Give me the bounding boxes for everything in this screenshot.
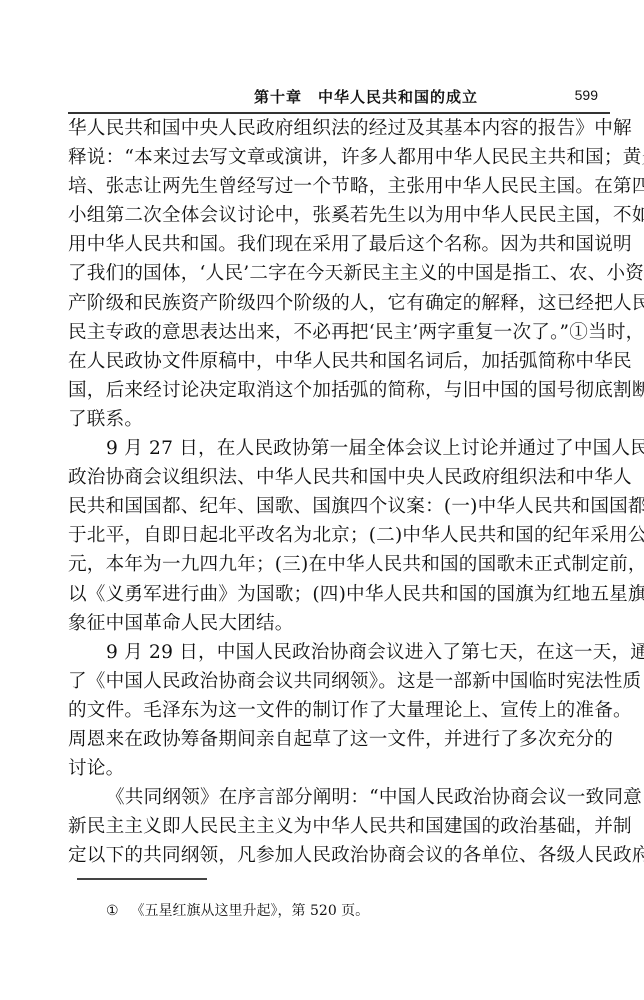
footnote: ①《五星红旗从这里升起》，第 520 页。 (106, 900, 369, 920)
text-line: 国，后来经讨论决定取消这个加括弧的简称，与旧中国的国号彻底割断 (68, 376, 604, 405)
text-line: 元，本年为一九四九年；(三)在中华人民共和国的国歌未正式制定前， (68, 550, 604, 579)
chapter-title: 第十章 中华人民共和国的成立 (254, 86, 478, 107)
text-line: 政治协商会议组织法、中华人民共和国中央人民政府组织法和中华人 (68, 463, 604, 492)
paragraph: 9 月 29 日，中国人民政治协商会议进入了第七天，在这一天，通过了《中国人民政… (68, 638, 604, 783)
text-line: 产阶级和民族资产阶级四个阶级的人，它有确定的解释，这已经把人民 (68, 289, 604, 318)
text-line: 在人民政协文件原稿中，中华人民共和国名词后，加括弧简称中华民 (68, 347, 604, 376)
text-line: 定以下的共同纲领，凡参加人民政治协商会议的各单位、各级人民政府 (68, 841, 604, 870)
text-line: 《共同纲领》在序言部分阐明：“中国人民政治协商会议一致同意以 (68, 783, 604, 812)
running-header: 第十章 中华人民共和国的成立 599 (68, 86, 608, 108)
text-line: 民主专政的意思表达出来，不必再把‘民主’两字重复一次了。”①当时， (68, 318, 604, 347)
text-line: 培、张志让两先生曾经写过一个节略，主张用中华人民民主国。在第四 (68, 172, 604, 201)
footnote-mark: ① (106, 903, 119, 919)
text-line: 民共和国国都、纪年、国歌、国旗四个议案：(一)中华人民共和国国都定 (68, 492, 604, 521)
text-line: 新民主主义即人民民主主义为中华人民共和国建国的政治基础，并制 (68, 812, 604, 841)
paragraph: 华人民共和国中央人民政府组织法的经过及其基本内容的报告》中解释说：“本来过去写文… (68, 114, 604, 434)
footnote-text: 《五星红旗从这里升起》，第 520 页。 (131, 903, 370, 919)
text-line: 象征中国革命人民大团结。 (68, 609, 604, 638)
text-line: 的文件。毛泽东为这一文件的制订作了大量理论上、宣传上的准备。 (68, 696, 604, 725)
footnote-rule (77, 878, 207, 880)
text-line: 了联系。 (68, 405, 604, 434)
text-line: 9 月 29 日，中国人民政治协商会议进入了第七天，在这一天，通过 (68, 638, 604, 667)
paragraph: 9 月 27 日，在人民政协第一届全体会议上讨论并通过了中国人民政治协商会议组织… (68, 434, 604, 638)
page-number: 599 (575, 87, 598, 103)
text-line: 用中华人民共和国。我们现在采用了最后这个名称。因为共和国说明 (68, 230, 604, 259)
text-line: 了我们的国体，‘人民’二字在今天新民主主义的中国是指工、农、小资 (68, 259, 604, 288)
text-line: 小组第二次全体会议讨论中，张奚若先生以为用中华人民民主国，不如 (68, 201, 604, 230)
text-line: 华人民共和国中央人民政府组织法的经过及其基本内容的报告》中解 (68, 114, 604, 143)
text-line: 以《义勇军进行曲》为国歌；(四)中华人民共和国的国旗为红地五星旗， (68, 580, 604, 609)
text-line: 9 月 27 日，在人民政协第一届全体会议上讨论并通过了中国人民 (68, 434, 604, 463)
text-line: 释说：“本来过去写文章或演讲，许多人都用中华人民民主共和国；黄炎 (68, 143, 604, 172)
text-line: 了《中国人民政治协商会议共同纲领》。这是一部新中国临时宪法性质 (68, 667, 604, 696)
text-line: 于北平，自即日起北平改名为北京；(二)中华人民共和国的纪年采用公 (68, 521, 604, 550)
paragraph: 《共同纲领》在序言部分阐明：“中国人民政治协商会议一致同意以新民主主义即人民民主… (68, 783, 604, 870)
text-line: 周恩来在政协筹备期间亲自起草了这一文件，并进行了多次充分的 (68, 725, 604, 754)
body-text: 华人民共和国中央人民政府组织法的经过及其基本内容的报告》中解释说：“本来过去写文… (68, 114, 604, 870)
text-line: 讨论。 (68, 754, 604, 783)
